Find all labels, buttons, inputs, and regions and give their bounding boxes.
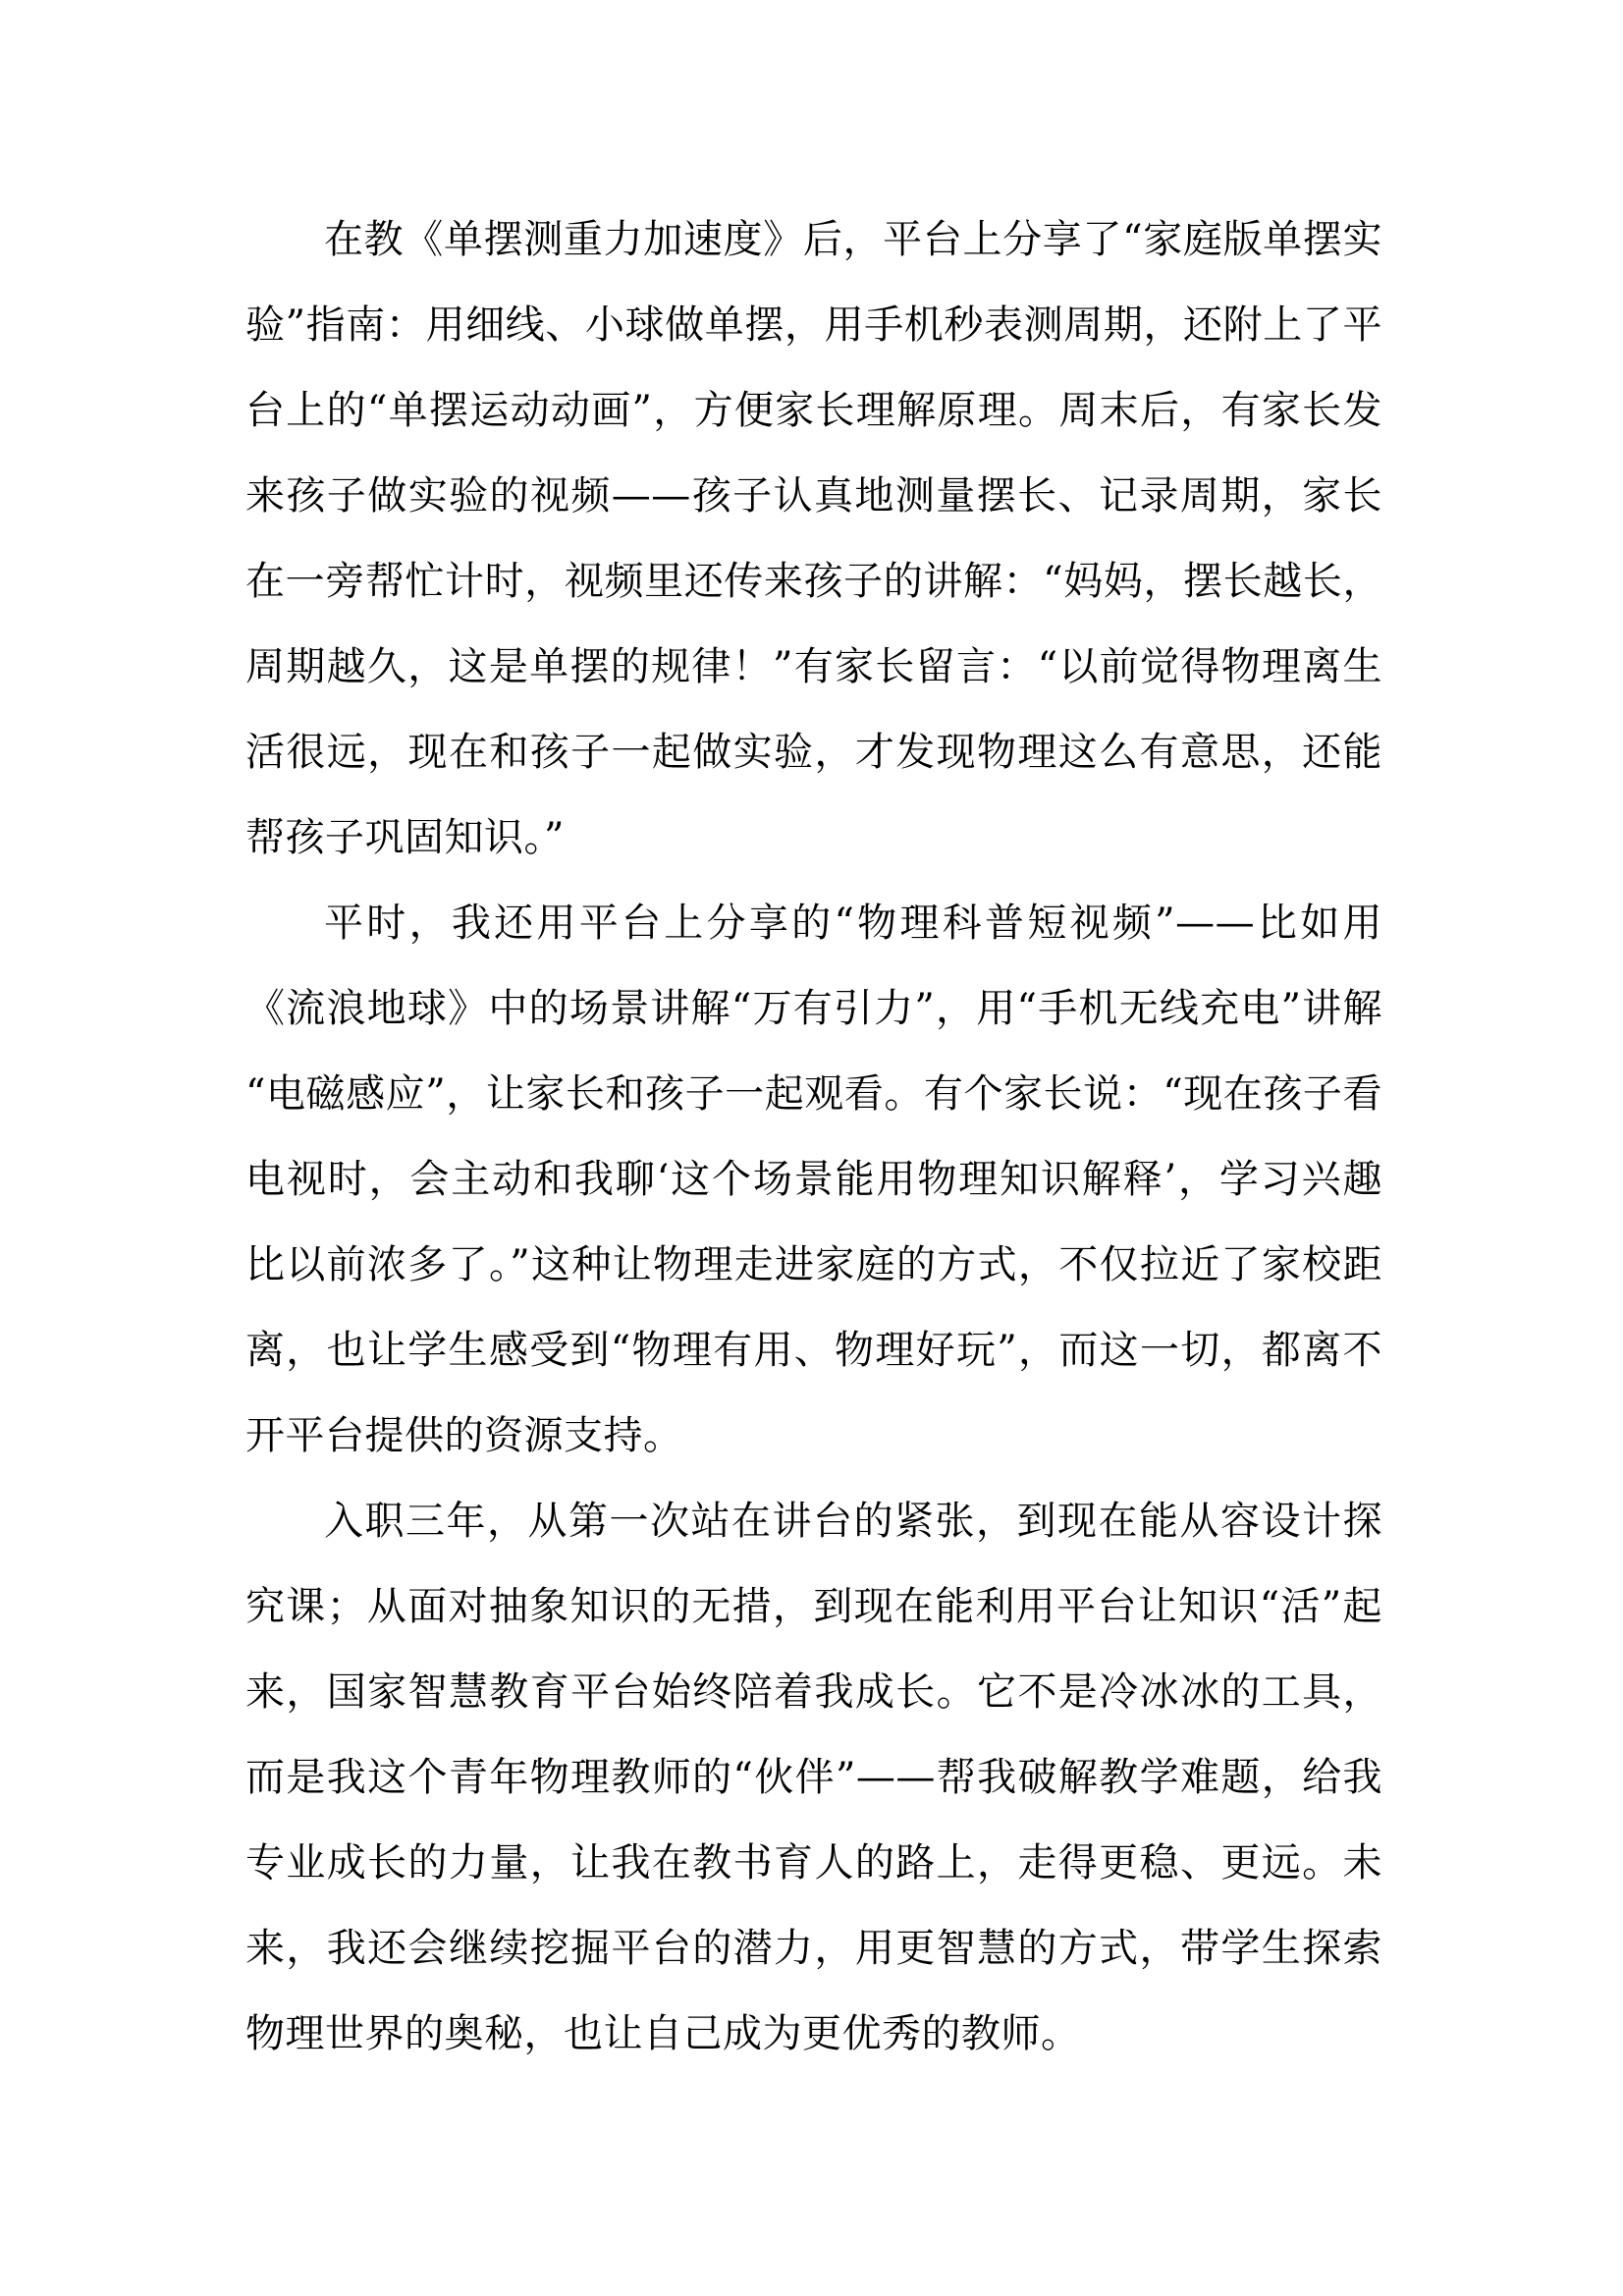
paragraph-2: 平时，我还用平台上分享的“物理科普短视频”——比如用《流浪地球》中的场景讲解“万… <box>245 881 1382 1479</box>
document-page: 在教《单摆测重力加速度》后，平台上分享了“家庭版单摆实验”指南：用细线、小球做单… <box>0 0 1623 2296</box>
paragraph-3: 入职三年，从第一次站在讲台的紧张，到现在能从容设计探究课；从面对抽象知识的无措，… <box>245 1479 1382 2077</box>
document-body: 在教《单摆测重力加速度》后，平台上分享了“家庭版单摆实验”指南：用细线、小球做单… <box>245 197 1382 2077</box>
paragraph-1: 在教《单摆测重力加速度》后，平台上分享了“家庭版单摆实验”指南：用细线、小球做单… <box>245 197 1382 881</box>
